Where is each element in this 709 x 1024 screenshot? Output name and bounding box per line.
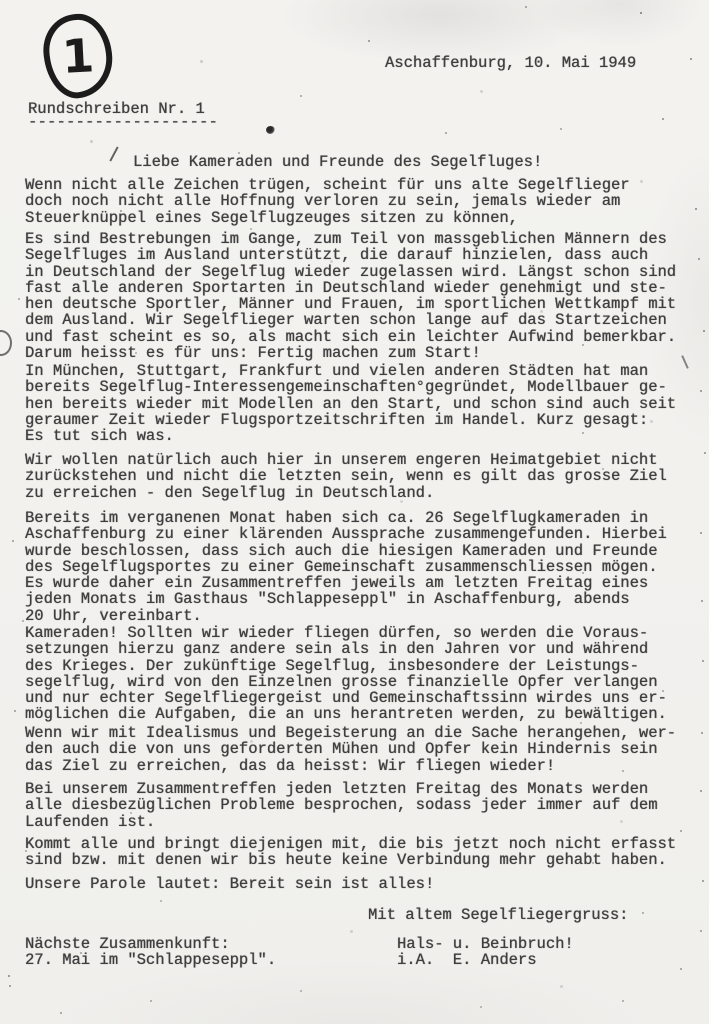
scanned-letter-page: 1 Aschaffenburg, 10. Mai 1949 Rundschrei… bbox=[0, 0, 709, 1024]
salutation: Liebe Kameraden und Freunde des Segelflu… bbox=[133, 154, 542, 170]
left-edge-arc-artifact bbox=[0, 330, 12, 356]
stray-pen-mark bbox=[109, 146, 118, 161]
next-meeting-note: Nächste Zusammenkunft: 27. Mai im "Schla… bbox=[25, 936, 276, 969]
title-underline-dashes: -------------------- bbox=[28, 114, 218, 130]
stray-slash-mark bbox=[681, 355, 689, 369]
paragraph-6: Kameraden! Sollten wir wieder fliegen dü… bbox=[25, 625, 667, 723]
paragraph-5: Bereits im verganenen Monat haben sich c… bbox=[25, 510, 667, 624]
paragraph-3: In München, Stuttgart, Frankfurt und vie… bbox=[25, 363, 676, 444]
handwritten-circled-page-number: 1 bbox=[39, 10, 117, 102]
scan-noise-specks-light bbox=[0, 0, 3, 3]
closing-greeting: Mit altem Segelfliegergruss: bbox=[368, 907, 628, 923]
paragraph-4: Wir wollen natürlich auch hier in unsere… bbox=[25, 452, 667, 501]
paragraph-2: Es sind Bestrebungen im Gange, zum Teil … bbox=[25, 231, 676, 361]
paragraph-7: Wenn wir mit Idealismus und Begeisterung… bbox=[25, 725, 676, 774]
paragraph-8: Bei unserem Zusammentreffen jeden letzte… bbox=[25, 781, 658, 830]
closing-wish-and-signature: Hals- u. Beinbruch! i.A. E. Anders bbox=[397, 936, 574, 969]
page-number-digit: 1 bbox=[61, 32, 95, 80]
paragraph-9: Kommt alle und bringt diejenigen mit, di… bbox=[25, 836, 676, 869]
paragraph-10: Unsere Parole lautet: Bereit sein ist al… bbox=[25, 876, 434, 892]
ink-blob-artifact bbox=[266, 126, 275, 134]
paragraph-1: Wenn nicht alle Zeichen trügen, scheint … bbox=[25, 177, 630, 226]
dateline: Aschaffenburg, 10. Mai 1949 bbox=[385, 55, 636, 71]
